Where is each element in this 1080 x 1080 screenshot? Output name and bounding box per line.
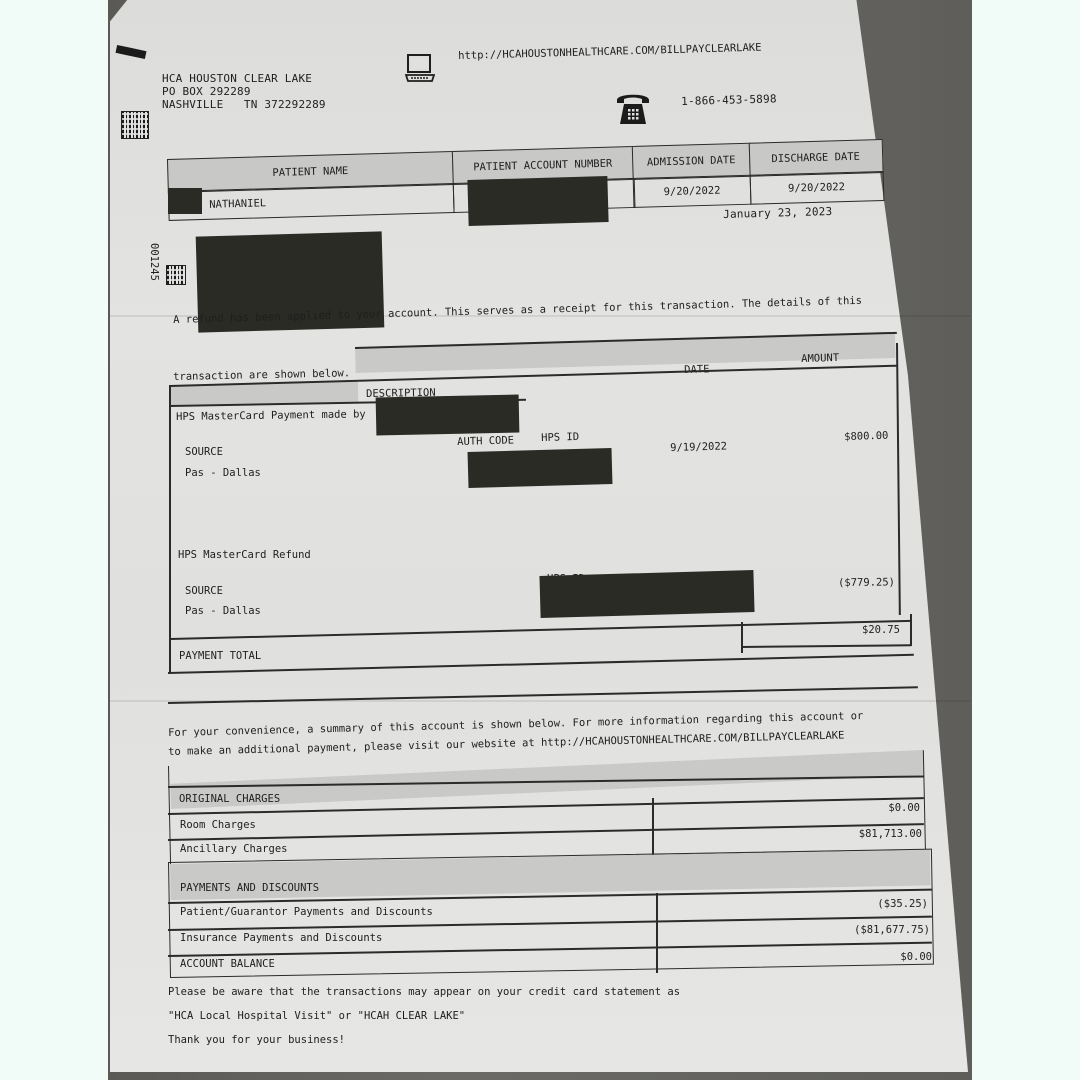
charge-label: Room Charges: [180, 819, 256, 831]
account-balance-amount: $0.00: [820, 951, 932, 963]
header-admission-date: ADMISSION DATE: [632, 142, 751, 179]
payment-total-amount: $20.75: [862, 624, 900, 636]
redacted-hps-id: [539, 570, 754, 618]
source-label: SOURCE: [185, 585, 223, 597]
auth-code-label: AUTH CODE: [457, 434, 514, 448]
datamatrix-barcode: [121, 111, 149, 139]
source-value: Pas - Dallas: [185, 605, 261, 617]
header-amount: AMOUNT: [801, 352, 839, 365]
side-code: 001245: [148, 243, 160, 281]
redacted-last-name: [168, 188, 202, 214]
table-border: [656, 893, 658, 973]
transaction-description: HPS MasterCard Refund: [178, 549, 311, 561]
datamatrix-barcode-small: [166, 265, 186, 285]
charge-amount: $81,713.00: [800, 828, 922, 840]
payment-total-label: PAYMENT TOTAL: [179, 650, 261, 662]
sender-po-box: PO BOX 292289: [162, 85, 251, 98]
payment-amount: ($35.25): [800, 898, 928, 910]
hps-id-label: HPS ID: [541, 431, 579, 444]
table-border: [910, 614, 912, 646]
transaction-date: 9/19/2022: [670, 440, 727, 454]
account-balance-label: ACCOUNT BALANCE: [180, 958, 275, 970]
transaction-amount: ($779.25): [838, 576, 895, 589]
footer-notice-line-1: Please be aware that the transactions ma…: [168, 986, 680, 998]
charge-amount: $0.00: [820, 802, 920, 814]
redacted-account-number: [467, 176, 608, 226]
transaction-amount: $800.00: [844, 430, 889, 443]
sender-name: HCA HOUSTON CLEAR LAKE: [162, 72, 312, 85]
redacted-auth-code: [468, 448, 613, 488]
table-border: [169, 385, 171, 672]
admission-date-value: 9/20/2022: [633, 175, 752, 208]
table-border: [741, 622, 743, 653]
discharge-date-value: 9/20/2022: [749, 171, 884, 205]
phone-number: 1-866-453-5898: [681, 92, 777, 108]
original-charges-header: ORIGINAL CHARGES: [179, 793, 280, 805]
sender-city: NASHVILLE TN 372292289: [162, 98, 326, 111]
table-border: [652, 798, 654, 860]
footer-thank-you: Thank you for your business!: [168, 1034, 345, 1046]
computer-icon: [405, 54, 435, 86]
footer-notice-line-2: "HCA Local Hospital Visit" or "HCAH CLEA…: [168, 1010, 465, 1022]
source-value: Pas - Dallas: [185, 467, 261, 479]
charge-label: Ancillary Charges: [180, 843, 287, 855]
payment-amount: ($81,677.75): [780, 924, 930, 936]
payments-header: PAYMENTS AND DISCOUNTS: [180, 882, 319, 894]
payment-label: Insurance Payments and Discounts: [180, 932, 382, 944]
source-label: SOURCE: [185, 446, 223, 458]
payment-label: Patient/Guarantor Payments and Discounts: [180, 906, 433, 918]
redacted-payer-name: [376, 395, 520, 436]
